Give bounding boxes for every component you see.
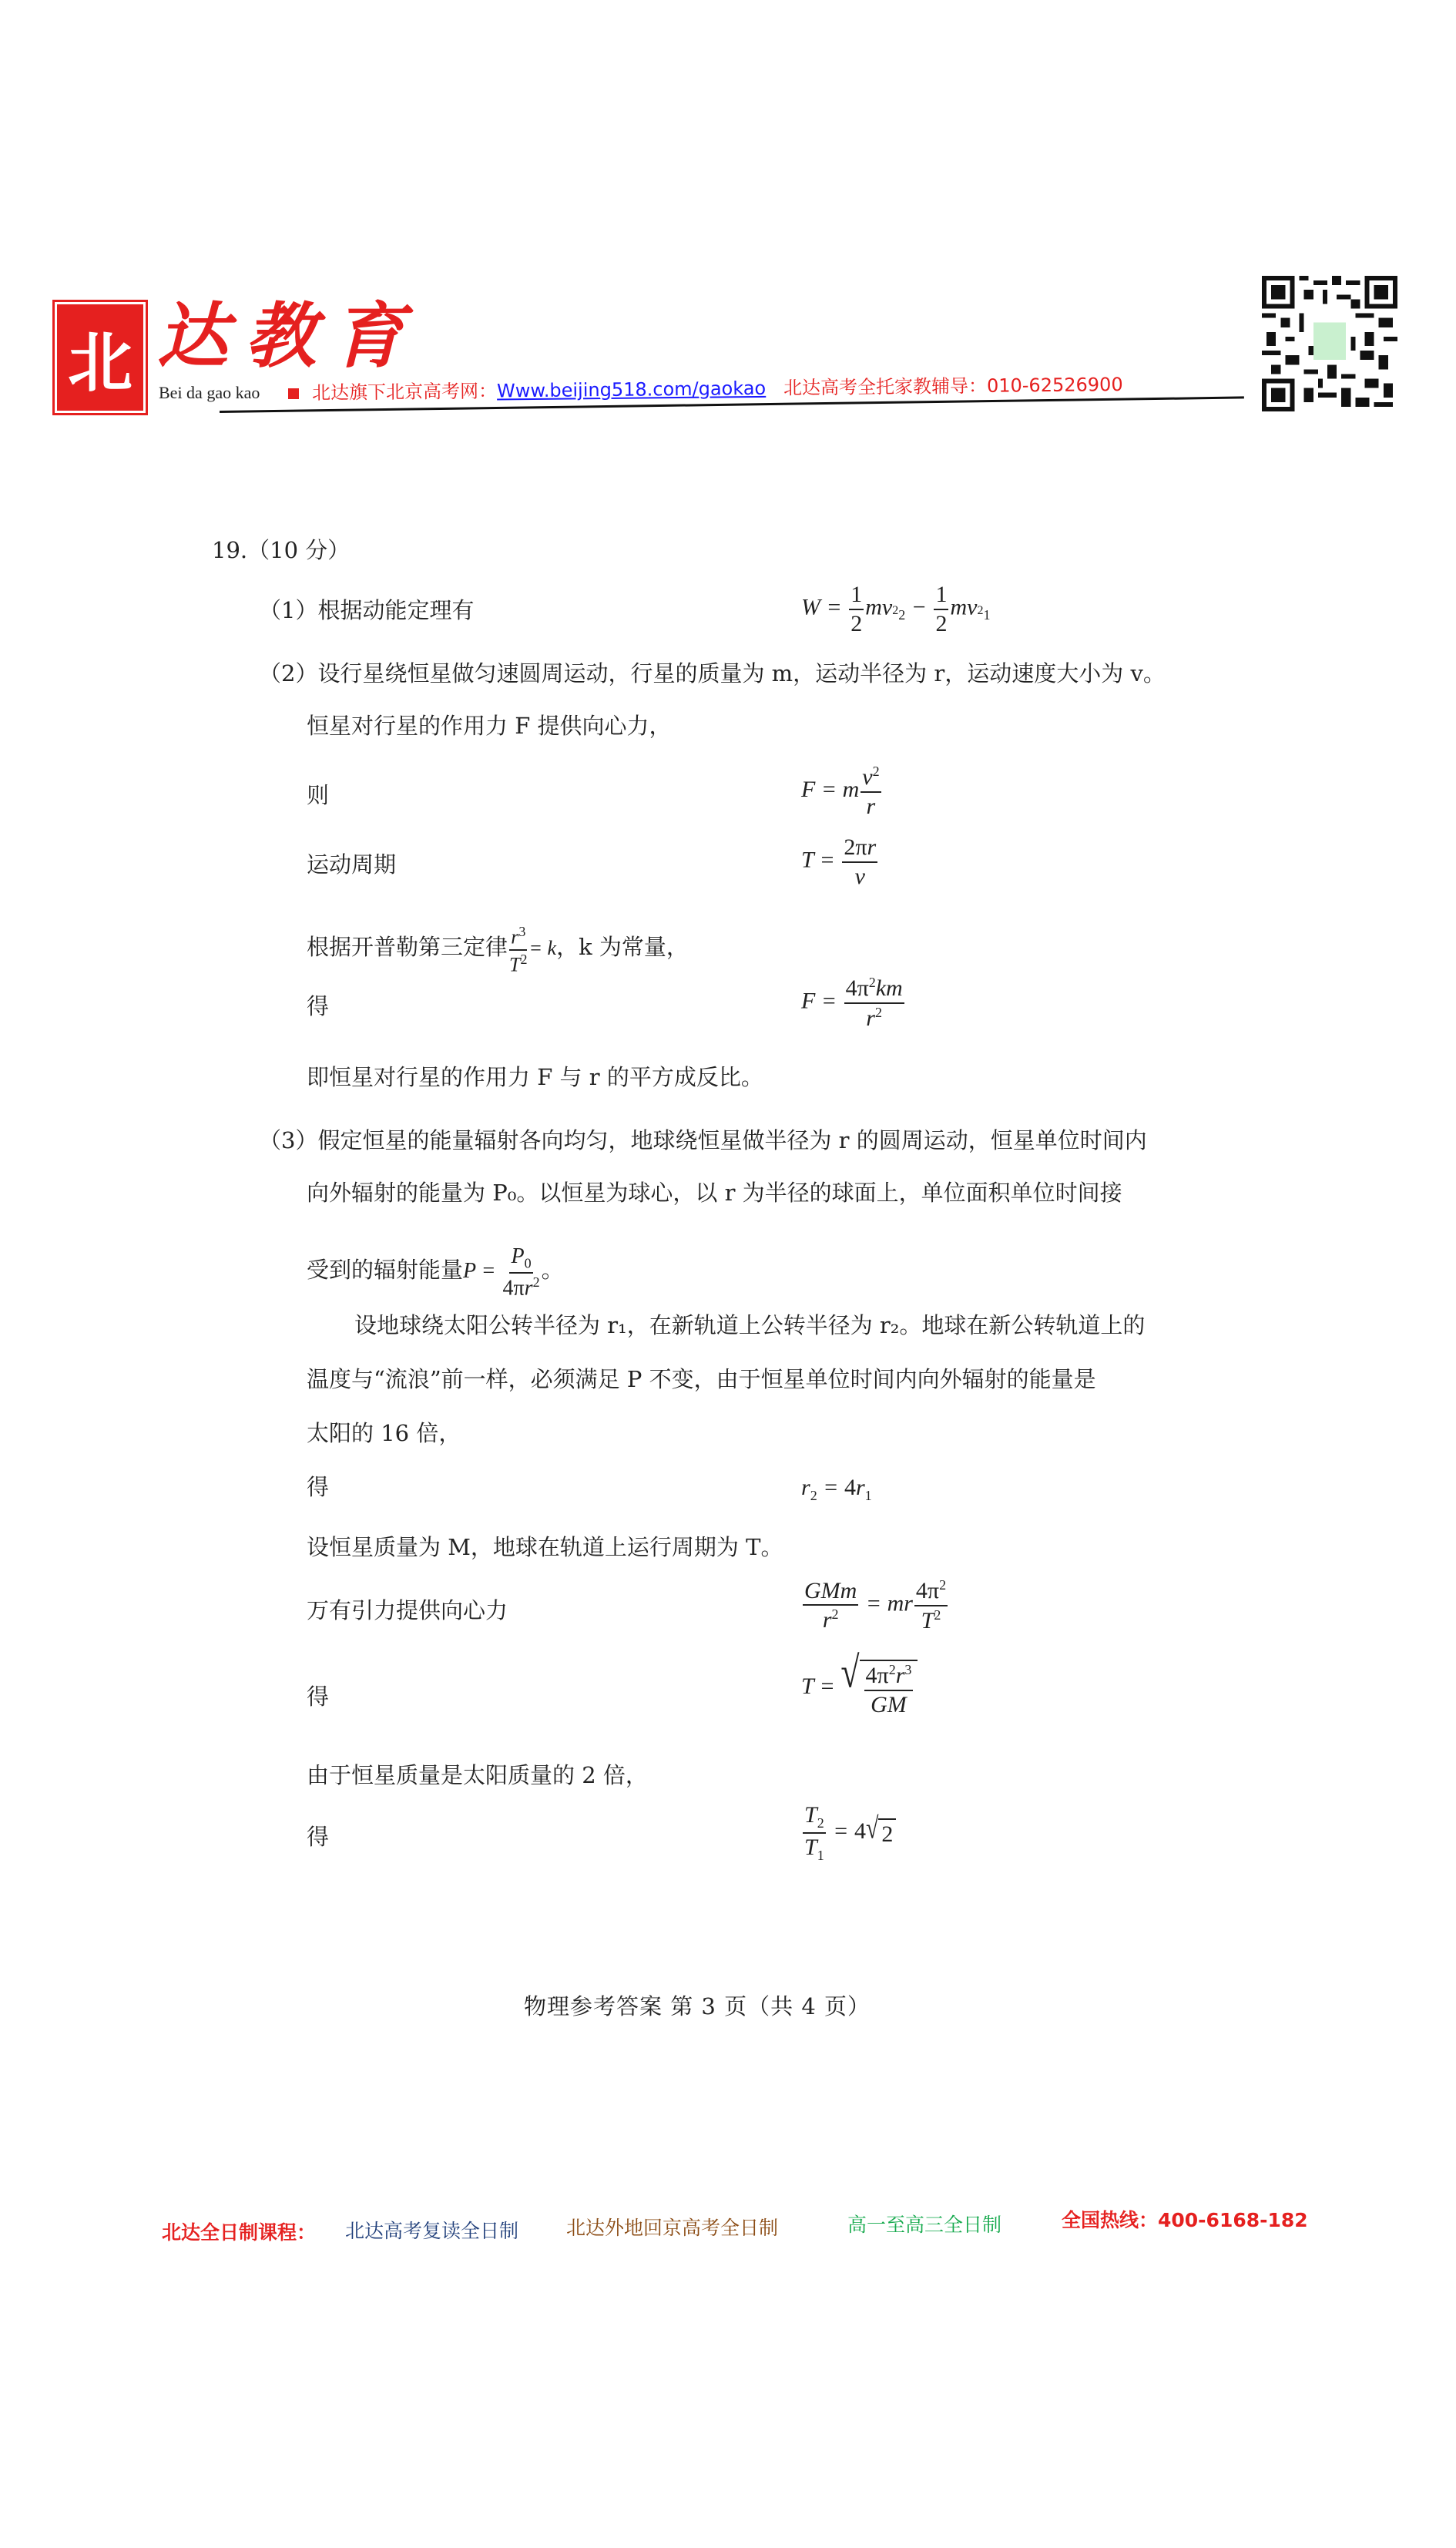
part1-label: （1）根据动能定理有 <box>259 599 474 622</box>
part3-para2-line2: 温度与“流浪”前一样，必须满足 P 不变，由于恒星单位时间内向外辐射的能量是 <box>307 1368 1096 1391</box>
part2-kepler: 根据开普勒第三定律r3T2= k，k 为常量， <box>307 925 689 975</box>
part2-step3-label: 得 <box>307 995 329 1018</box>
part3-step3-label: 得 <box>307 1686 329 1708</box>
part2-step3-formula: F = 4π2kmr2 <box>801 975 906 1030</box>
part2-step1-formula: F = mv2r <box>801 764 883 818</box>
kepler-formula: r3T2= k <box>508 937 556 959</box>
part3-line3-text: 受到的辐射能量 <box>307 1257 463 1283</box>
part3-step1-formula: r2 = 4r1 <box>801 1475 872 1504</box>
site-label: 北达旗下北京高考网： <box>312 380 497 404</box>
part3-step3-formula: T = √4π2r3GM <box>801 1660 918 1717</box>
part3-para2-line3: 太阳的 16 倍， <box>307 1422 461 1445</box>
part3-mass-line: 设恒星质量为 M，地球在轨道上运行周期为 T。 <box>307 1536 783 1559</box>
part2-step2-label: 运动周期 <box>307 854 396 876</box>
tutoring-label: 北达高考全托家教辅导：010-62526900 <box>783 374 1123 399</box>
part3-step2-formula: GMmr2 = mr4π2T2 <box>801 1578 949 1633</box>
ad-item-2: 北达外地回京高考全日制 <box>566 2213 778 2241</box>
part3-line2: 向外辐射的能量为 P₀。以恒星为球心，以 r 为半径的球面上，单位面积单位时间接 <box>307 1182 1122 1204</box>
kepler-tail: ，k 为常量， <box>556 934 689 960</box>
part3-line3-formula: P = P04πr2 <box>463 1259 542 1283</box>
part3-para2-line1: 设地球绕太阳公转半径为 r₁，在新轨道上公转半径为 r₂。地球在新公转轨道上的 <box>354 1314 1145 1337</box>
hotline: 全国热线：400-6168-182 <box>1062 2205 1308 2233</box>
part2-conclusion: 即恒星对行星的作用力 F 与 r 的平方成反比。 <box>307 1066 763 1089</box>
part3-mass-ratio-line: 由于恒星质量是太阳质量的 2 倍， <box>307 1764 648 1787</box>
part3-step1-label: 得 <box>307 1476 329 1499</box>
part3-step4-formula: T2T1 = 4√2 <box>801 1803 896 1863</box>
qr-code-icon <box>1262 276 1397 411</box>
part3-line1: （3）假定恒星的能量辐射各向均匀，地球绕恒星做半径为 r 的圆周运动，恒星单位时… <box>259 1130 1147 1152</box>
ad-bar-label: 北达全日制课程： <box>162 2217 316 2245</box>
logo-pinyin: Bei da gao kao <box>159 383 260 403</box>
part3-step2-label: 万有引力提供向心力 <box>307 1600 508 1622</box>
page-footer: 物理参考答案 第 3 页（共 4 页） <box>524 1996 871 2018</box>
logo-seal-char: 北 <box>68 311 133 405</box>
part2-intro: （2）设行星绕恒星做匀速圆周运动，行星的质量为 m，运动半径为 r，运动速度大小… <box>259 663 1166 685</box>
ad-item-1: 北达高考复读全日制 <box>345 2216 518 2244</box>
part2-line2: 恒星对行星的作用力 F 提供向心力， <box>307 715 672 737</box>
logo-seal: 北 <box>57 304 143 411</box>
bullet-square-icon <box>288 388 299 399</box>
logo-name: 达教育 <box>157 300 421 371</box>
question-number: 19.（10 分） <box>212 539 350 562</box>
site-link[interactable]: Www.beijing518.com/gaokao <box>497 378 766 402</box>
part3-line3: 受到的辐射能量P = P04πr2。 <box>307 1245 564 1300</box>
kepler-text: 根据开普勒第三定律 <box>307 934 508 960</box>
part2-step1-label: 则 <box>307 784 329 807</box>
ad-item-3: 高一至高三全日制 <box>847 2210 1001 2237</box>
part2-step2-formula: T = 2πrv <box>801 835 879 888</box>
part1-formula: W = 12mv22 − 12mv21 <box>801 582 990 636</box>
part3-step4-label: 得 <box>307 1826 329 1848</box>
